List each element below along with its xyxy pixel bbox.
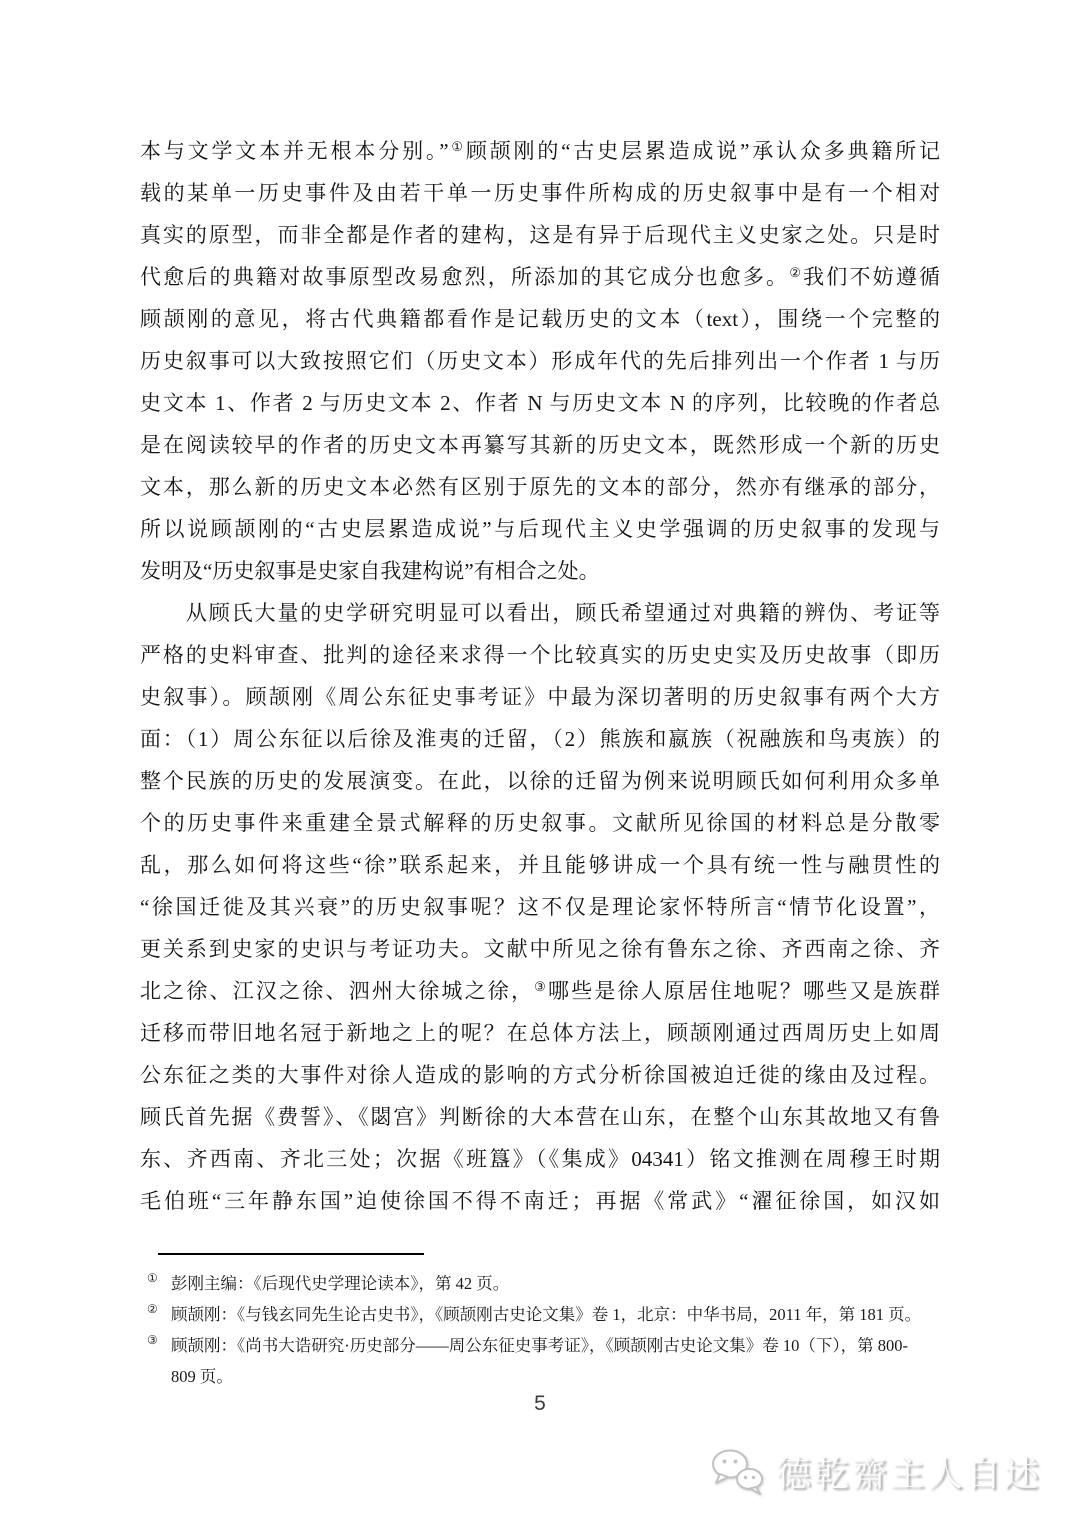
footnote-marker: ① <box>147 1272 158 1284</box>
footnote-line: ②顾颉刚：《与钱玄同先生论古史书》，《顾颉刚古史论文集》卷 1，北京：中华书局，… <box>171 1299 957 1330</box>
footnote-line: 809 页。 <box>171 1361 957 1392</box>
footnote-item: ①彭刚主编：《后现代史学理论读本》，第 42 页。 <box>147 1268 957 1299</box>
body-line: 整个民族的历史的发展演变。在此，以徐的迁留为例来说明顾氏如何利用众多单 <box>140 760 940 802</box>
body-line: 史文本 1、作者 2 与历史文本 2、作者 N 与历史文本 N 的序列，比较晚的… <box>140 382 940 424</box>
footnote-item: ③顾颉刚：《尚书大诰研究·历史部分——周公东征史事考证》，《顾颉刚古史论文集》卷… <box>147 1330 957 1392</box>
body-line: 发明及“历史叙事是史家自我建构说”有相合之处。 <box>140 550 940 592</box>
footnote-marker: ② <box>147 1303 158 1315</box>
footnote-ref: ③ <box>534 979 548 994</box>
body-line: 东、齐西南、齐北三处；次据《班簋》（《集成》04341）铭文推测在周穆王时期 <box>140 1138 940 1180</box>
body-line: 顾氏首先据《费誓》、《閟宫》判断徐的大本营在山东，在整个山东其故地又有鲁 <box>140 1096 940 1138</box>
body-line: 所以说顾颉刚的“古史层累造成说”与后现代主义史学强调的历史叙事的发现与 <box>140 508 940 550</box>
body-line: 是在阅读较早的作者的历史文本再纂写其新的历史文本，既然形成一个新的历史 <box>140 424 940 466</box>
footnote-item: ②顾颉刚：《与钱玄同先生论古史书》，《顾颉刚古史论文集》卷 1，北京：中华书局，… <box>147 1299 957 1330</box>
footnote-line: ③顾颉刚：《尚书大诰研究·历史部分——周公东征史事考证》，《顾颉刚古史论文集》卷… <box>171 1330 957 1361</box>
body-line: 顾颉刚的意见，将古代典籍都看作是记载历史的文本（text），围绕一个完整的 <box>140 298 940 340</box>
footnote-ref: ① <box>449 139 466 154</box>
body-line: 更关系到史家的史识与考证功夫。文献中所见之徐有鲁东之徐、齐西南之徐、齐 <box>140 928 940 970</box>
body-line: 真实的原型，而非全都是作者的建构，这是有异于后现代主义史家之处。只是时 <box>140 214 940 256</box>
footnote-ref: ② <box>789 265 803 280</box>
page-number: 5 <box>0 1392 1080 1416</box>
body-line: 代愈后的典籍对故事原型改易愈烈，所添加的其它成分也愈多。②我们不妨遵循 <box>140 256 940 298</box>
footnote-separator <box>158 1253 424 1255</box>
body-line: 历史叙事可以大致按照它们（历史文本）形成年代的先后排列出一个作者 1 与历 <box>140 340 940 382</box>
body-line: 文本，那么新的历史文本必然有区别于原先的文本的部分，然亦有继承的部分， <box>140 466 940 508</box>
body-line: 北之徐、江汉之徐、泗州大徐城之徐，③哪些是徐人原居住地呢？哪些又是族群 <box>140 970 940 1012</box>
footnote-line: ①彭刚主编：《后现代史学理论读本》，第 42 页。 <box>171 1268 957 1299</box>
footnote-marker: ③ <box>147 1334 158 1346</box>
body-text: 本与文学文本并无根本分别。”①顾颉刚的“古史层累造成说”承认众多典籍所记载的某单… <box>140 130 940 1222</box>
body-line: 严格的史料审查、批判的途径来求得一个比较真实的历史史实及历史故事（即历 <box>140 634 940 676</box>
footnotes: ①彭刚主编：《后现代史学理论读本》，第 42 页。②顾颉刚：《与钱玄同先生论古史… <box>147 1268 957 1392</box>
document-page: 本与文学文本并无根本分别。”①顾颉刚的“古史层累造成说”承认众多典籍所记载的某单… <box>0 0 1080 1528</box>
body-line: “徐国迁徙及其兴衰”的历史叙事呢？这不仅是理论家怀特所言“情节化设置”， <box>140 886 940 928</box>
body-line: 载的某单一历史事件及由若干单一历史事件所构成的历史叙事中是有一个相对 <box>140 172 940 214</box>
body-line: 从顾氏大量的史学研究明显可以看出，顾氏希望通过对典籍的辨伪、考证等 <box>140 592 940 634</box>
watermark: 德乾齋主人自述 <box>708 1440 1042 1504</box>
watermark-text: 德乾齋主人自述 <box>776 1447 1042 1497</box>
body-line: 公东征之类的大事件对徐人造成的影响的方式分析徐国被迫迁徙的缘由及过程。 <box>140 1054 940 1096</box>
body-line: 乱，那么如何将这些“徐”联系起来，并且能够讲成一个具有统一性与融贯性的 <box>140 844 940 886</box>
body-line: 迁移而带旧地名冠于新地之上的呢？在总体方法上，顾颉刚通过西周历史上如周 <box>140 1012 940 1054</box>
body-line: 面：（1）周公东征以后徐及淮夷的迁留，（2）熊族和嬴族（祝融族和鸟夷族）的 <box>140 718 940 760</box>
body-line: 史叙事）。顾颉刚《周公东征史事考证》中最为深切著明的历史叙事有两个大方 <box>140 676 940 718</box>
body-line: 毛伯班“三年静东国”迫使徐国不得不南迁；再据《常武》“濯征徐国，如汉如 <box>140 1180 940 1222</box>
body-line: 本与文学文本并无根本分别。”①顾颉刚的“古史层累造成说”承认众多典籍所记 <box>140 130 940 172</box>
body-line: 个的历史事件来重建全景式解释的历史叙事。文献所见徐国的材料总是分散零 <box>140 802 940 844</box>
wechat-icon <box>708 1447 766 1497</box>
